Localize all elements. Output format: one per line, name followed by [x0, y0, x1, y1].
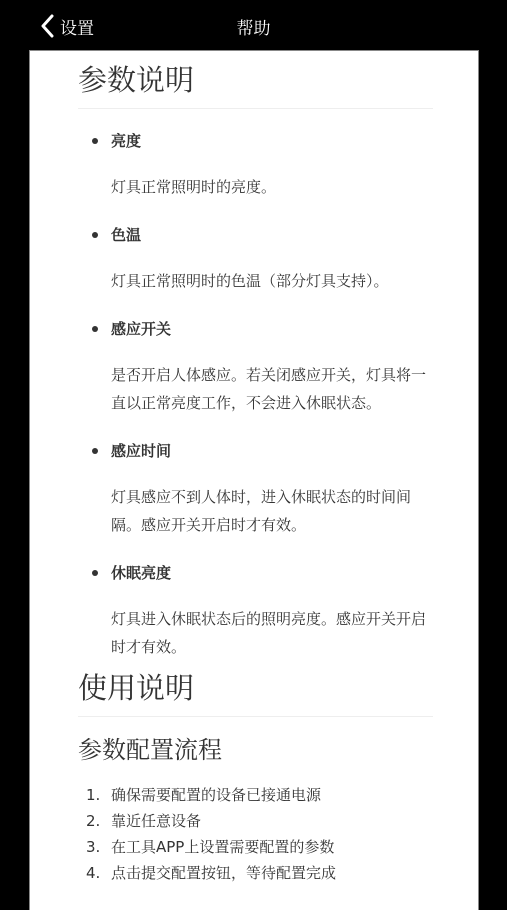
param-name: 感应开关 — [111, 317, 433, 341]
bullet-icon — [92, 138, 98, 144]
param-name: 色温 — [111, 223, 433, 247]
bullet-icon — [92, 326, 98, 332]
step-number: 2. — [86, 808, 100, 834]
param-desc: 灯具感应不到人体时，进入休眠状态的时间间隔。感应开关开启时才有效。 — [111, 483, 433, 539]
help-content-card[interactable]: 参数说明 亮度 灯具正常照明时的亮度。 色温 灯具正常照明时的色温（部分灯具支持… — [29, 50, 479, 900]
step-number: 1. — [86, 782, 100, 808]
param-desc: 灯具正常照明时的亮度。 — [111, 173, 433, 201]
config-steps-list: 1. 确保需要配置的设备已接通电源 2. 靠近任意设备 3. 在工具APP上设置… — [78, 782, 433, 886]
param-desc: 灯具正常照明时的色温（部分灯具支持）。 — [111, 267, 433, 295]
step-text: 靠近任意设备 — [111, 812, 201, 830]
list-item: 休眠亮度 灯具进入休眠状态后的照明亮度。感应开关开启时才有效。 — [78, 561, 433, 661]
list-item: 感应时间 灯具感应不到人体时，进入休眠状态的时间间隔。感应开关开启时才有效。 — [78, 439, 433, 539]
list-item: 3. 在工具APP上设置需要配置的参数 — [78, 834, 433, 860]
section-heading-parameters: 参数说明 — [78, 63, 433, 109]
section-heading-usage: 使用说明 — [78, 671, 433, 717]
list-item: 4. 点击提交配置按钮，等待配置完成 — [78, 860, 433, 886]
step-text: 在工具APP上设置需要配置的参数 — [111, 838, 334, 856]
param-desc: 是否开启人体感应。若关闭感应开关，灯具将一直以正常亮度工作，不会进入休眠状态。 — [111, 361, 433, 417]
bullet-icon — [92, 570, 98, 576]
bullet-icon — [92, 448, 98, 454]
list-item: 亮度 灯具正常照明时的亮度。 — [78, 129, 433, 201]
list-item: 2. 靠近任意设备 — [78, 808, 433, 834]
step-number: 3. — [86, 834, 100, 860]
step-number: 4. — [86, 860, 100, 886]
step-text: 确保需要配置的设备已接通电源 — [111, 786, 321, 804]
navigation-bar: 设置 帮助 — [0, 0, 507, 50]
list-item: 感应开关 是否开启人体感应。若关闭感应开关，灯具将一直以正常亮度工作，不会进入休… — [78, 317, 433, 417]
param-name: 亮度 — [111, 129, 433, 153]
list-item: 色温 灯具正常照明时的色温（部分灯具支持）。 — [78, 223, 433, 295]
step-text: 点击提交配置按钮，等待配置完成 — [111, 864, 336, 882]
bullet-icon — [92, 232, 98, 238]
page-title: 帮助 — [0, 14, 507, 39]
list-item: 1. 确保需要配置的设备已接通电源 — [78, 782, 433, 808]
param-desc: 灯具进入休眠状态后的照明亮度。感应开关开启时才有效。 — [111, 605, 433, 661]
subsection-heading-config-flow: 参数配置流程 — [78, 735, 433, 766]
parameter-list: 亮度 灯具正常照明时的亮度。 色温 灯具正常照明时的色温（部分灯具支持）。 感应… — [78, 129, 433, 661]
param-name: 感应时间 — [111, 439, 433, 463]
param-name: 休眠亮度 — [111, 561, 433, 585]
help-content: 参数说明 亮度 灯具正常照明时的亮度。 色温 灯具正常照明时的色温（部分灯具支持… — [78, 51, 433, 886]
